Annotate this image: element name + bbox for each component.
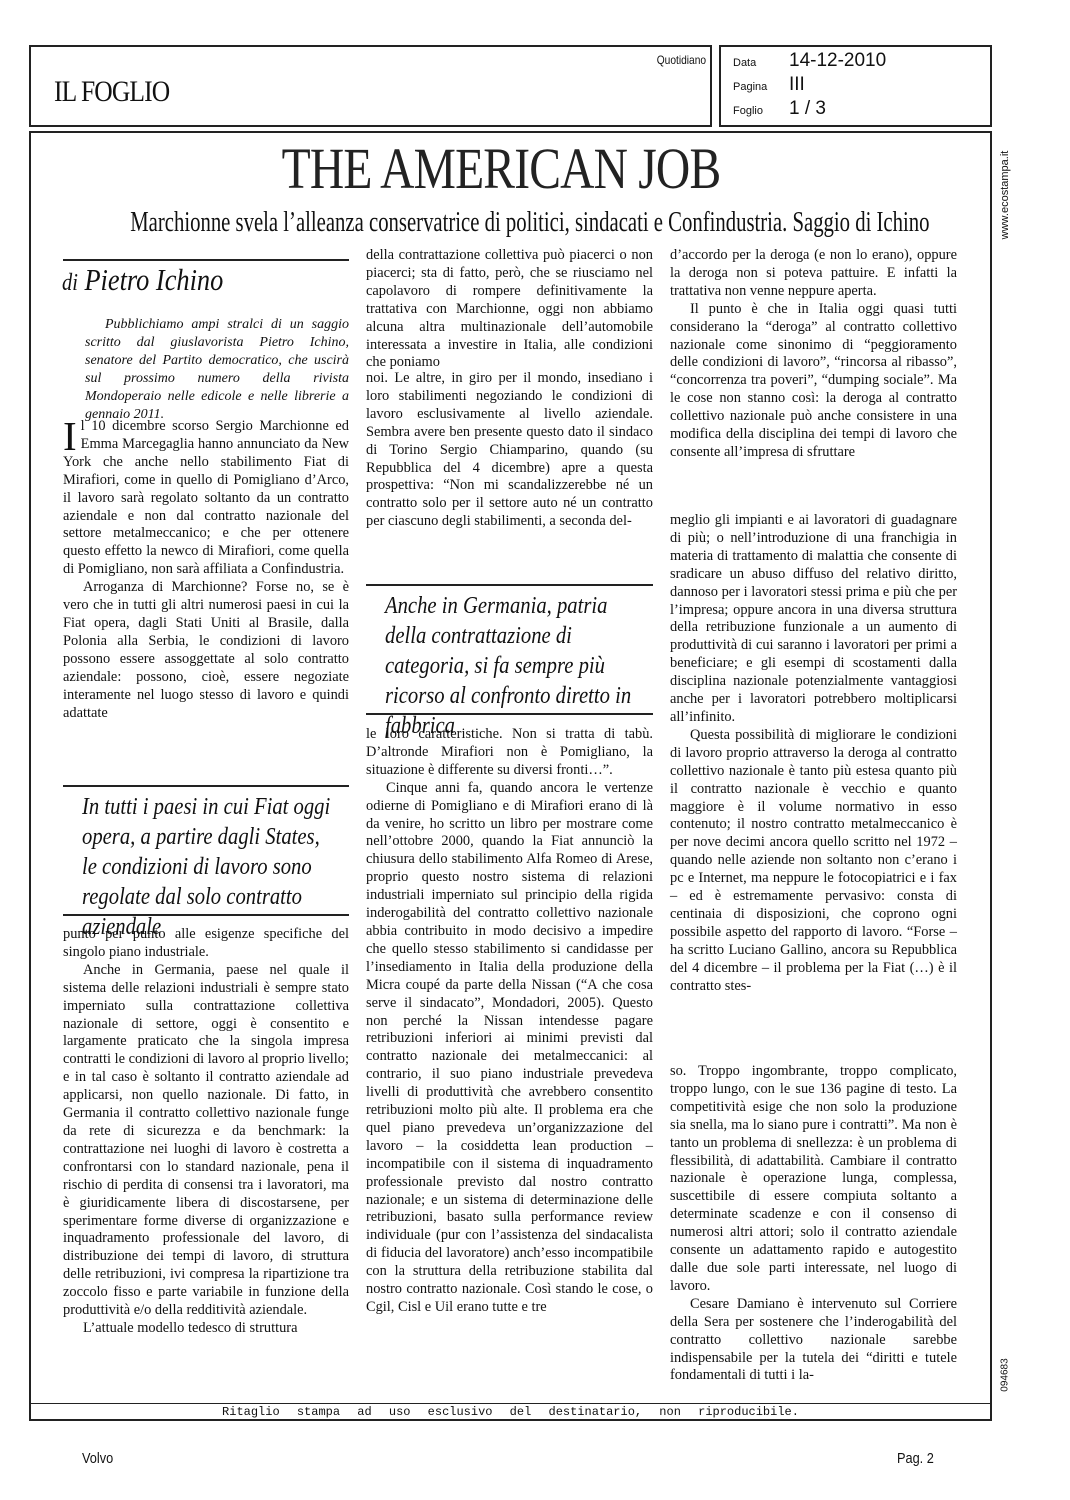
drop-cap: I — [63, 420, 77, 453]
paragraph: so. Troppo ingombrante, troppo complicat… — [670, 1063, 957, 1296]
article-intro: Pubblichiamo ampi stralci di un saggio s… — [85, 316, 349, 423]
meta-date-label: Data — [733, 57, 789, 69]
column-1-bottom: punto per punto alle esigenze specifiche… — [63, 926, 349, 1338]
lead-text: l 10 dicembre scorso Sergio Marchionne e… — [63, 418, 349, 577]
column-2-top: della contrattazione collettiva può piac… — [366, 247, 653, 372]
pullquote-rule-bottom — [63, 914, 349, 916]
side-code-text: 094683 — [1000, 1358, 1011, 1391]
side-code: 094683 — [993, 1340, 1017, 1410]
clipping-notice: Ritaglio stampa ad uso esclusivo del des… — [29, 1403, 992, 1421]
meta-page: Pagina III — [733, 74, 805, 96]
paragraph: d’accordo per la deroga (e non lo erano)… — [670, 247, 957, 301]
pullquote-rule-bottom — [366, 713, 653, 715]
article-title: THE AMERICAN JOB — [90, 135, 912, 202]
meta-date: Data 14-12-2010 — [733, 50, 886, 72]
pullquote-2: Anche in Germania, patria della contratt… — [385, 591, 634, 741]
side-url-text: www.ecostampa.it — [999, 151, 1011, 240]
header-publication-box: IL FOGLIO Quotidiano — [29, 45, 712, 127]
lead-paragraph: Il 10 dicembre scorso Sergio Marchionne … — [63, 418, 349, 579]
side-url: www.ecostampa.it — [993, 135, 1017, 255]
column-2-bottom: le loro caratteristiche. Non si tratta d… — [366, 726, 653, 1317]
column-3-top: d’accordo per la deroga (e non lo erano)… — [670, 247, 957, 462]
client-name: Volvo — [82, 1450, 113, 1467]
pullquote-rule-top — [366, 584, 653, 586]
paragraph: le loro caratteristiche. Non si tratta d… — [366, 726, 653, 780]
intro-text: Pubblichiamo ampi stralci di un saggio s… — [85, 316, 349, 423]
column-rule — [63, 259, 349, 261]
byline-author: Pietro Ichino — [84, 262, 223, 297]
paragraph: della contrattazione collettiva può piac… — [366, 247, 653, 372]
byline: di Pietro Ichino — [62, 262, 223, 298]
paragraph: Cesare Damiano è intervenuto sul Corrier… — [670, 1296, 957, 1386]
column-3-bottom: so. Troppo ingombrante, troppo complicat… — [670, 1063, 957, 1385]
meta-page-label: Pagina — [733, 81, 789, 93]
paragraph: Arroganza di Marchionne? Forse no, se è … — [63, 579, 349, 722]
paragraph: Questa possibilità di migliorare le cond… — [670, 727, 957, 996]
paragraph: Il punto è che in Italia oggi quasi tutt… — [670, 301, 957, 462]
paragraph: Anche in Germania, paese nel quale il si… — [63, 962, 349, 1320]
pullquote-rule-top — [63, 785, 349, 787]
column-3-mid: meglio gli impianti e ai lavoratori di g… — [670, 512, 957, 995]
meta-sheet-label: Foglio — [733, 105, 789, 117]
meta-page-value: III — [789, 74, 805, 96]
paragraph: L’attuale modello tedesco di struttura — [63, 1320, 349, 1338]
meta-sheet: Foglio 1 / 3 — [733, 98, 826, 120]
paragraph: noi. Le altre, in giro per il mondo, ins… — [366, 370, 653, 531]
column-2-mid: noi. Le altre, in giro per il mondo, ins… — [366, 370, 653, 531]
meta-sheet-value: 1 / 3 — [789, 98, 826, 120]
pullquote-1: In tutti i paesi in cui Fiat oggi opera,… — [82, 792, 331, 942]
header-meta-box: Data 14-12-2010 Pagina III Foglio 1 / 3 — [719, 45, 992, 127]
meta-date-value: 14-12-2010 — [789, 50, 886, 72]
newspaper-name: IL FOGLIO — [54, 75, 169, 109]
byline-di: di — [62, 270, 78, 296]
paragraph: meglio gli impianti e ai lavoratori di g… — [670, 512, 957, 727]
paragraph: punto per punto alle esigenze specifiche… — [63, 926, 349, 962]
article-subtitle: Marchionne svela l’alleanza conservatric… — [130, 207, 871, 239]
page-number: Pag. 2 — [897, 1450, 934, 1467]
column-1-top: Il 10 dicembre scorso Sergio Marchionne … — [63, 418, 349, 722]
publication-type: Quotidiano — [657, 53, 706, 67]
paragraph: Cinque anni fa, quando ancora le vertenz… — [366, 780, 653, 1317]
